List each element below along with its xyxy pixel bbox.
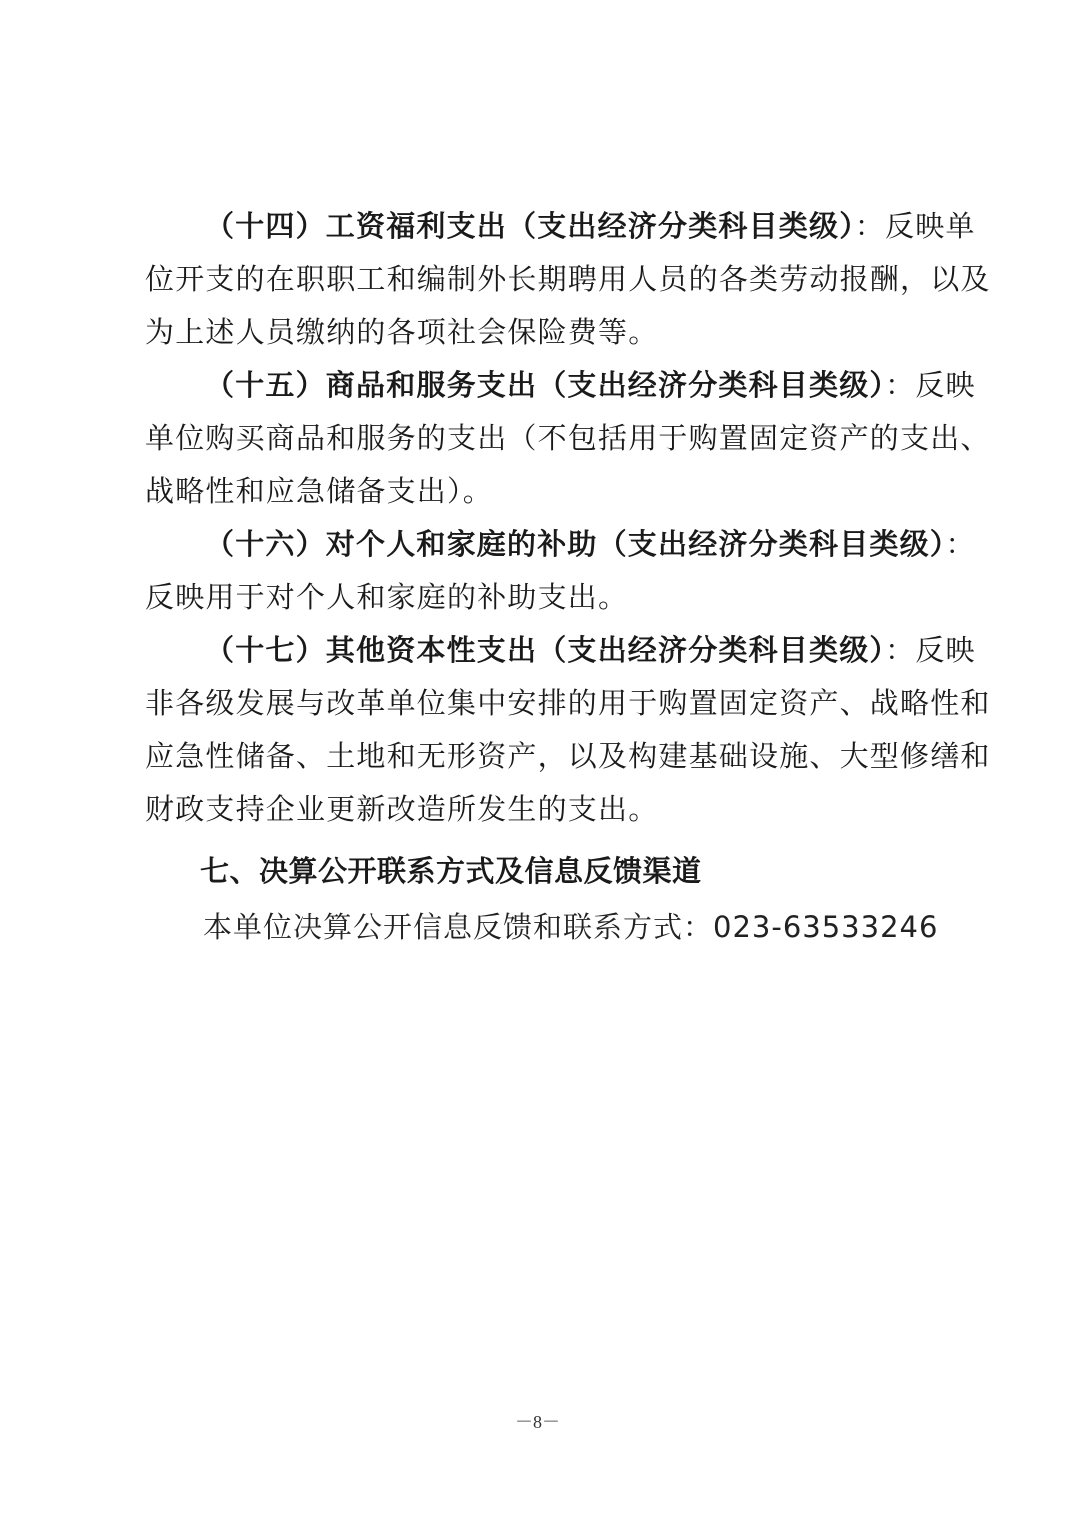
section-15-line-2: 单位购买商品和服务的支出（不包括用于购置固定资产的支出、 [145,418,991,458]
section-16-heading: （十六）对个人和家庭的补助（支出经济分类科目类级） [205,527,946,561]
section-15-heading: （十五）商品和服务支出（支出经济分类科目类级） [205,368,885,402]
section-15-line-3: 战略性和应急储备支出）。 [145,471,493,511]
chapter-7-contact-line: 本单位决算公开信息反馈和联系方式：023-63533246 [203,907,938,947]
section-17-heading-line: （十七）其他资本性支出（支出经济分类科目类级）：反映 [205,630,976,670]
section-17-text-1: 反映 [915,633,975,667]
section-16-heading-line: （十六）对个人和家庭的补助（支出经济分类科目类级）： [205,524,976,564]
chapter-7-title: 七、决算公开联系方式及信息反馈渠道 [200,851,702,891]
section-15-text-1: 反映 [915,368,975,402]
section-14-text-1: 反映单 [885,209,976,243]
section-17-separator: ： [885,633,915,667]
section-14-heading-line: （十四）工资福利支出（支出经济分类科目类级）：反映单 [205,206,976,246]
section-17-line-2: 非各级发展与改革单位集中安排的用于购置固定资产、战略性和 [145,683,991,723]
contact-phone: 023-63533246 [713,910,938,944]
document-page: （十四）工资福利支出（支出经济分类科目类级）：反映单 位开支的在职职工和编制外长… [0,0,1075,1520]
section-14-line-3: 为上述人员缴纳的各项社会保险费等。 [145,312,658,352]
page-number: －8－ [0,1408,1075,1434]
section-15-heading-line: （十五）商品和服务支出（支出经济分类科目类级）：反映 [205,365,976,405]
section-17-line-4: 财政支持企业更新改造所发生的支出。 [145,789,658,829]
section-14-separator: ： [855,209,885,243]
section-16-line-2: 反映用于对个人和家庭的补助支出。 [145,577,628,617]
section-16-separator: ： [946,527,976,561]
contact-label: 本单位决算公开信息反馈和联系方式： [203,910,713,944]
section-14-heading: （十四）工资福利支出（支出经济分类科目类级） [205,209,855,243]
section-17-line-3: 应急性储备、土地和无形资产，以及构建基础设施、大型修缮和 [145,736,991,776]
section-15-separator: ： [885,368,915,402]
section-14-line-2: 位开支的在职职工和编制外长期聘用人员的各类劳动报酬，以及 [145,259,991,299]
section-17-heading: （十七）其他资本性支出（支出经济分类科目类级） [205,633,885,667]
